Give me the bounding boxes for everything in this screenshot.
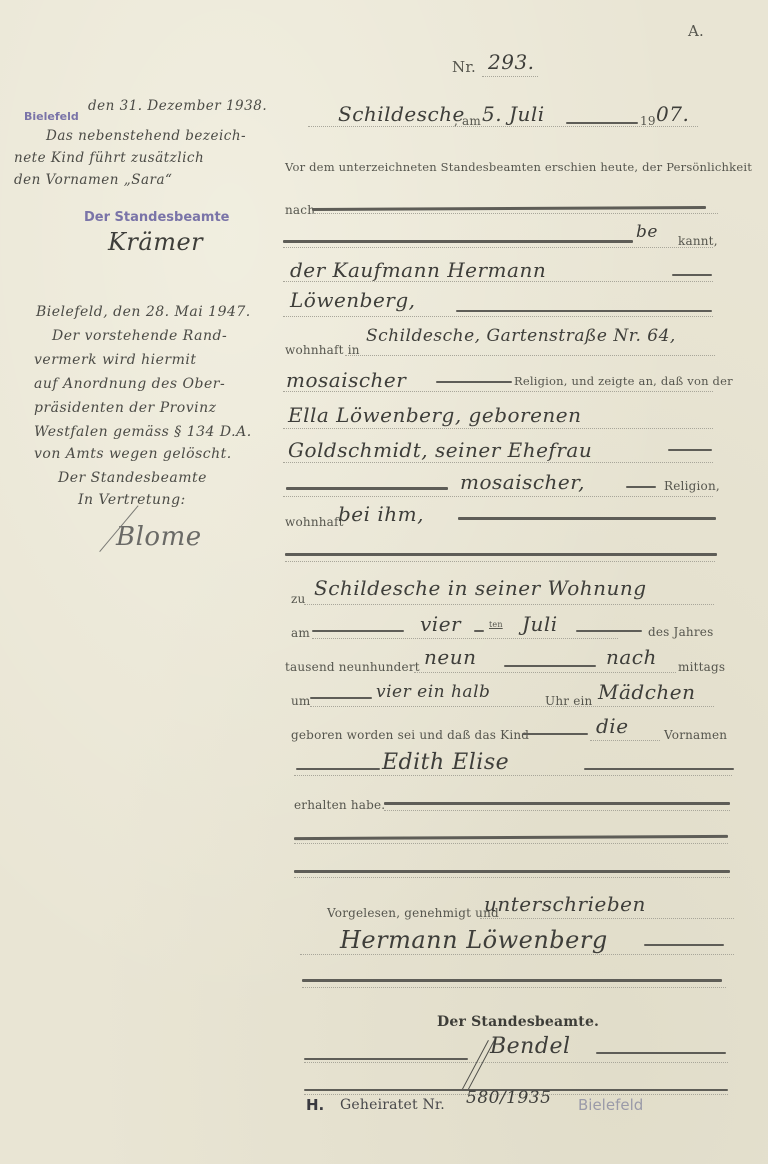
fill-rule bbox=[504, 665, 596, 667]
mother-residence-label: wohnhaft bbox=[285, 515, 344, 529]
dotted-line bbox=[294, 877, 730, 878]
margin-note-2-line: Westfalen gemäss § 134 D.A. bbox=[34, 424, 252, 440]
birthplace: Schildesche in seiner Wohnung bbox=[314, 576, 647, 600]
dotted-line bbox=[312, 213, 718, 214]
married-marker: H. bbox=[306, 1096, 324, 1114]
fill-rule bbox=[310, 697, 372, 699]
margin-note-1-line: Das nebenstehend bezeich- bbox=[46, 128, 246, 144]
child-sex: Mädchen bbox=[598, 680, 696, 704]
married-label: Geheiratet Nr. bbox=[340, 1097, 445, 1113]
marriage-place-stamp: Bielefeld bbox=[578, 1096, 643, 1114]
informant-religion: mosaischer bbox=[286, 368, 406, 392]
margin-note-2-line: präsidenten der Provinz bbox=[34, 400, 217, 416]
year-of-label: des Jahres bbox=[648, 625, 713, 639]
signature-flourish bbox=[462, 1040, 489, 1090]
margin-note-2-line: In Vertretung: bbox=[78, 492, 186, 508]
informant-residence: Schildesche, Gartenstraße Nr. 64, bbox=[366, 326, 676, 346]
blank-rule bbox=[302, 979, 722, 982]
dotted-line bbox=[302, 987, 726, 988]
margin-note-2-line: auf Anordnung des Ober- bbox=[34, 376, 225, 392]
mother-religion: mosaischer, bbox=[460, 470, 585, 494]
dotted-line bbox=[590, 740, 660, 741]
informant-signature: Hermann Löwenberg bbox=[340, 926, 608, 954]
birth-hour: vier ein halb bbox=[376, 682, 490, 702]
dotted-line bbox=[345, 355, 715, 356]
born-statement: geboren worden sei und daß das Kind bbox=[291, 728, 529, 742]
signed-word: unterschrieben bbox=[484, 892, 646, 916]
margin-note-1-line: den Vornamen „Sara“ bbox=[14, 172, 172, 188]
religion-label: Religion, bbox=[664, 479, 720, 493]
fill-rule bbox=[626, 486, 656, 488]
mother-maiden-name: Goldschmidt, seiner Ehefrau bbox=[288, 438, 592, 462]
fill-rule bbox=[584, 768, 734, 770]
fill-rule bbox=[285, 553, 717, 556]
margin-note-1-date: den 31. Dezember 1938. bbox=[88, 98, 267, 114]
birth-year-words: neun bbox=[424, 645, 476, 669]
fill-rule bbox=[436, 381, 512, 383]
year-words-label: tausend neunhundert bbox=[285, 660, 420, 674]
dotted-line bbox=[414, 672, 676, 673]
dotted-line bbox=[285, 561, 715, 562]
margin-note-1-line: nete Kind führt zusätzlich bbox=[14, 150, 204, 166]
dotted-line bbox=[283, 391, 713, 392]
fill-rule bbox=[522, 733, 588, 735]
dotted-line bbox=[482, 76, 538, 77]
hour-label: Uhr ein bbox=[545, 694, 592, 708]
dotted-line bbox=[304, 604, 714, 605]
fill-rule bbox=[283, 240, 633, 243]
fill-rule bbox=[312, 206, 706, 211]
dotted-line bbox=[294, 775, 732, 776]
margin-note-2-line: von Amts wegen gelöscht. bbox=[34, 446, 232, 462]
ordinal-suffix: ten bbox=[489, 620, 503, 629]
fill-rule bbox=[456, 310, 712, 312]
fill-rule bbox=[458, 517, 716, 520]
bekannt-label: kannt, bbox=[678, 234, 718, 248]
registrar-signature: Bendel bbox=[490, 1034, 571, 1059]
mother-name: Ella Löwenberg, geborenen bbox=[288, 403, 582, 427]
margin-note-2-line: Bielefeld, den 28. Mai 1947. bbox=[36, 304, 251, 320]
margin-note-2-line: Der Standesbeamte bbox=[58, 470, 207, 486]
fill-rule bbox=[672, 274, 712, 276]
fill-rule bbox=[576, 630, 642, 632]
nach-label: nach bbox=[285, 203, 315, 217]
informant-surname: Löwenberg, bbox=[290, 288, 416, 312]
blank-rule bbox=[294, 835, 728, 840]
intro-text: Vor dem unterzeichneten Standesbeamten e… bbox=[285, 160, 752, 174]
entry-number-value: 293. bbox=[488, 50, 535, 74]
fill-rule bbox=[644, 944, 724, 946]
fill-rule bbox=[668, 449, 712, 451]
civil-birth-register-page: A. Nr. 293. Schildesche , am 5. Juli 19 … bbox=[0, 0, 768, 1164]
dotted-line bbox=[283, 496, 713, 497]
margin-note-2-line: vermerk wird hiermit bbox=[34, 352, 197, 368]
birth-day: vier bbox=[420, 612, 461, 636]
margin-stamp-place: Bielefeld bbox=[24, 110, 79, 123]
fill-rule bbox=[474, 630, 484, 632]
registration-place: Schildesche bbox=[338, 102, 465, 126]
read-approved-label: Vorgelesen, genehmigt und bbox=[327, 906, 499, 920]
fill-rule bbox=[312, 630, 404, 632]
margin-note-2-signature: Blome bbox=[116, 522, 202, 552]
mother-residence: bei ihm, bbox=[338, 502, 424, 526]
bekannt-prefix: be bbox=[636, 222, 658, 242]
child-given-names: Edith Elise bbox=[382, 750, 509, 775]
form-letter: A. bbox=[688, 22, 704, 40]
dotted-line bbox=[283, 247, 713, 248]
blank-rule bbox=[294, 870, 730, 873]
entry-number-label: Nr. bbox=[452, 58, 476, 76]
article-die: die bbox=[596, 714, 629, 738]
dotted-line bbox=[300, 954, 734, 955]
fill-rule bbox=[596, 1052, 726, 1054]
date-label-am: , am bbox=[454, 114, 481, 128]
informant-occupation-name: der Kaufmann Hermann bbox=[290, 258, 546, 282]
birth-date-label: am bbox=[291, 626, 310, 640]
signature-flourish bbox=[468, 1040, 495, 1090]
time-of-day: nach bbox=[606, 645, 657, 669]
margin-note-2-line: Der vorstehende Rand- bbox=[52, 328, 227, 344]
margin-note-1-signature: Krämer bbox=[108, 228, 203, 256]
birth-month: Juli bbox=[522, 612, 558, 636]
fill-rule bbox=[296, 768, 380, 770]
midday-label: mittags bbox=[678, 660, 725, 674]
margin-stamp-registrar: Der Standesbeamte bbox=[84, 210, 229, 225]
fill-rule bbox=[304, 1058, 468, 1060]
fill-rule bbox=[384, 802, 730, 805]
dotted-line bbox=[283, 428, 713, 429]
received-label: erhalten habe. bbox=[294, 798, 385, 812]
dotted-line bbox=[294, 843, 728, 844]
fill-rule bbox=[286, 487, 448, 490]
time-label: um bbox=[291, 694, 311, 708]
dotted-line bbox=[304, 1062, 728, 1063]
registration-date: 5. Juli bbox=[482, 102, 545, 126]
dotted-line bbox=[480, 918, 734, 919]
dotted-line bbox=[283, 462, 713, 463]
dotted-line bbox=[310, 706, 714, 707]
year-prefix: 19 bbox=[640, 114, 656, 128]
marriage-register-number: 580/1935 bbox=[466, 1088, 551, 1108]
registrar-title: Der Standesbeamte. bbox=[437, 1014, 599, 1030]
religion-announcement-text: Religion, und zeigte an, daß von der bbox=[514, 374, 733, 388]
dotted-line bbox=[283, 316, 713, 317]
year-suffix: 07. bbox=[656, 102, 689, 126]
given-names-label: Vornamen bbox=[664, 728, 727, 742]
dotted-line bbox=[312, 638, 618, 639]
fill-rule bbox=[566, 122, 638, 124]
dotted-line bbox=[384, 810, 730, 811]
